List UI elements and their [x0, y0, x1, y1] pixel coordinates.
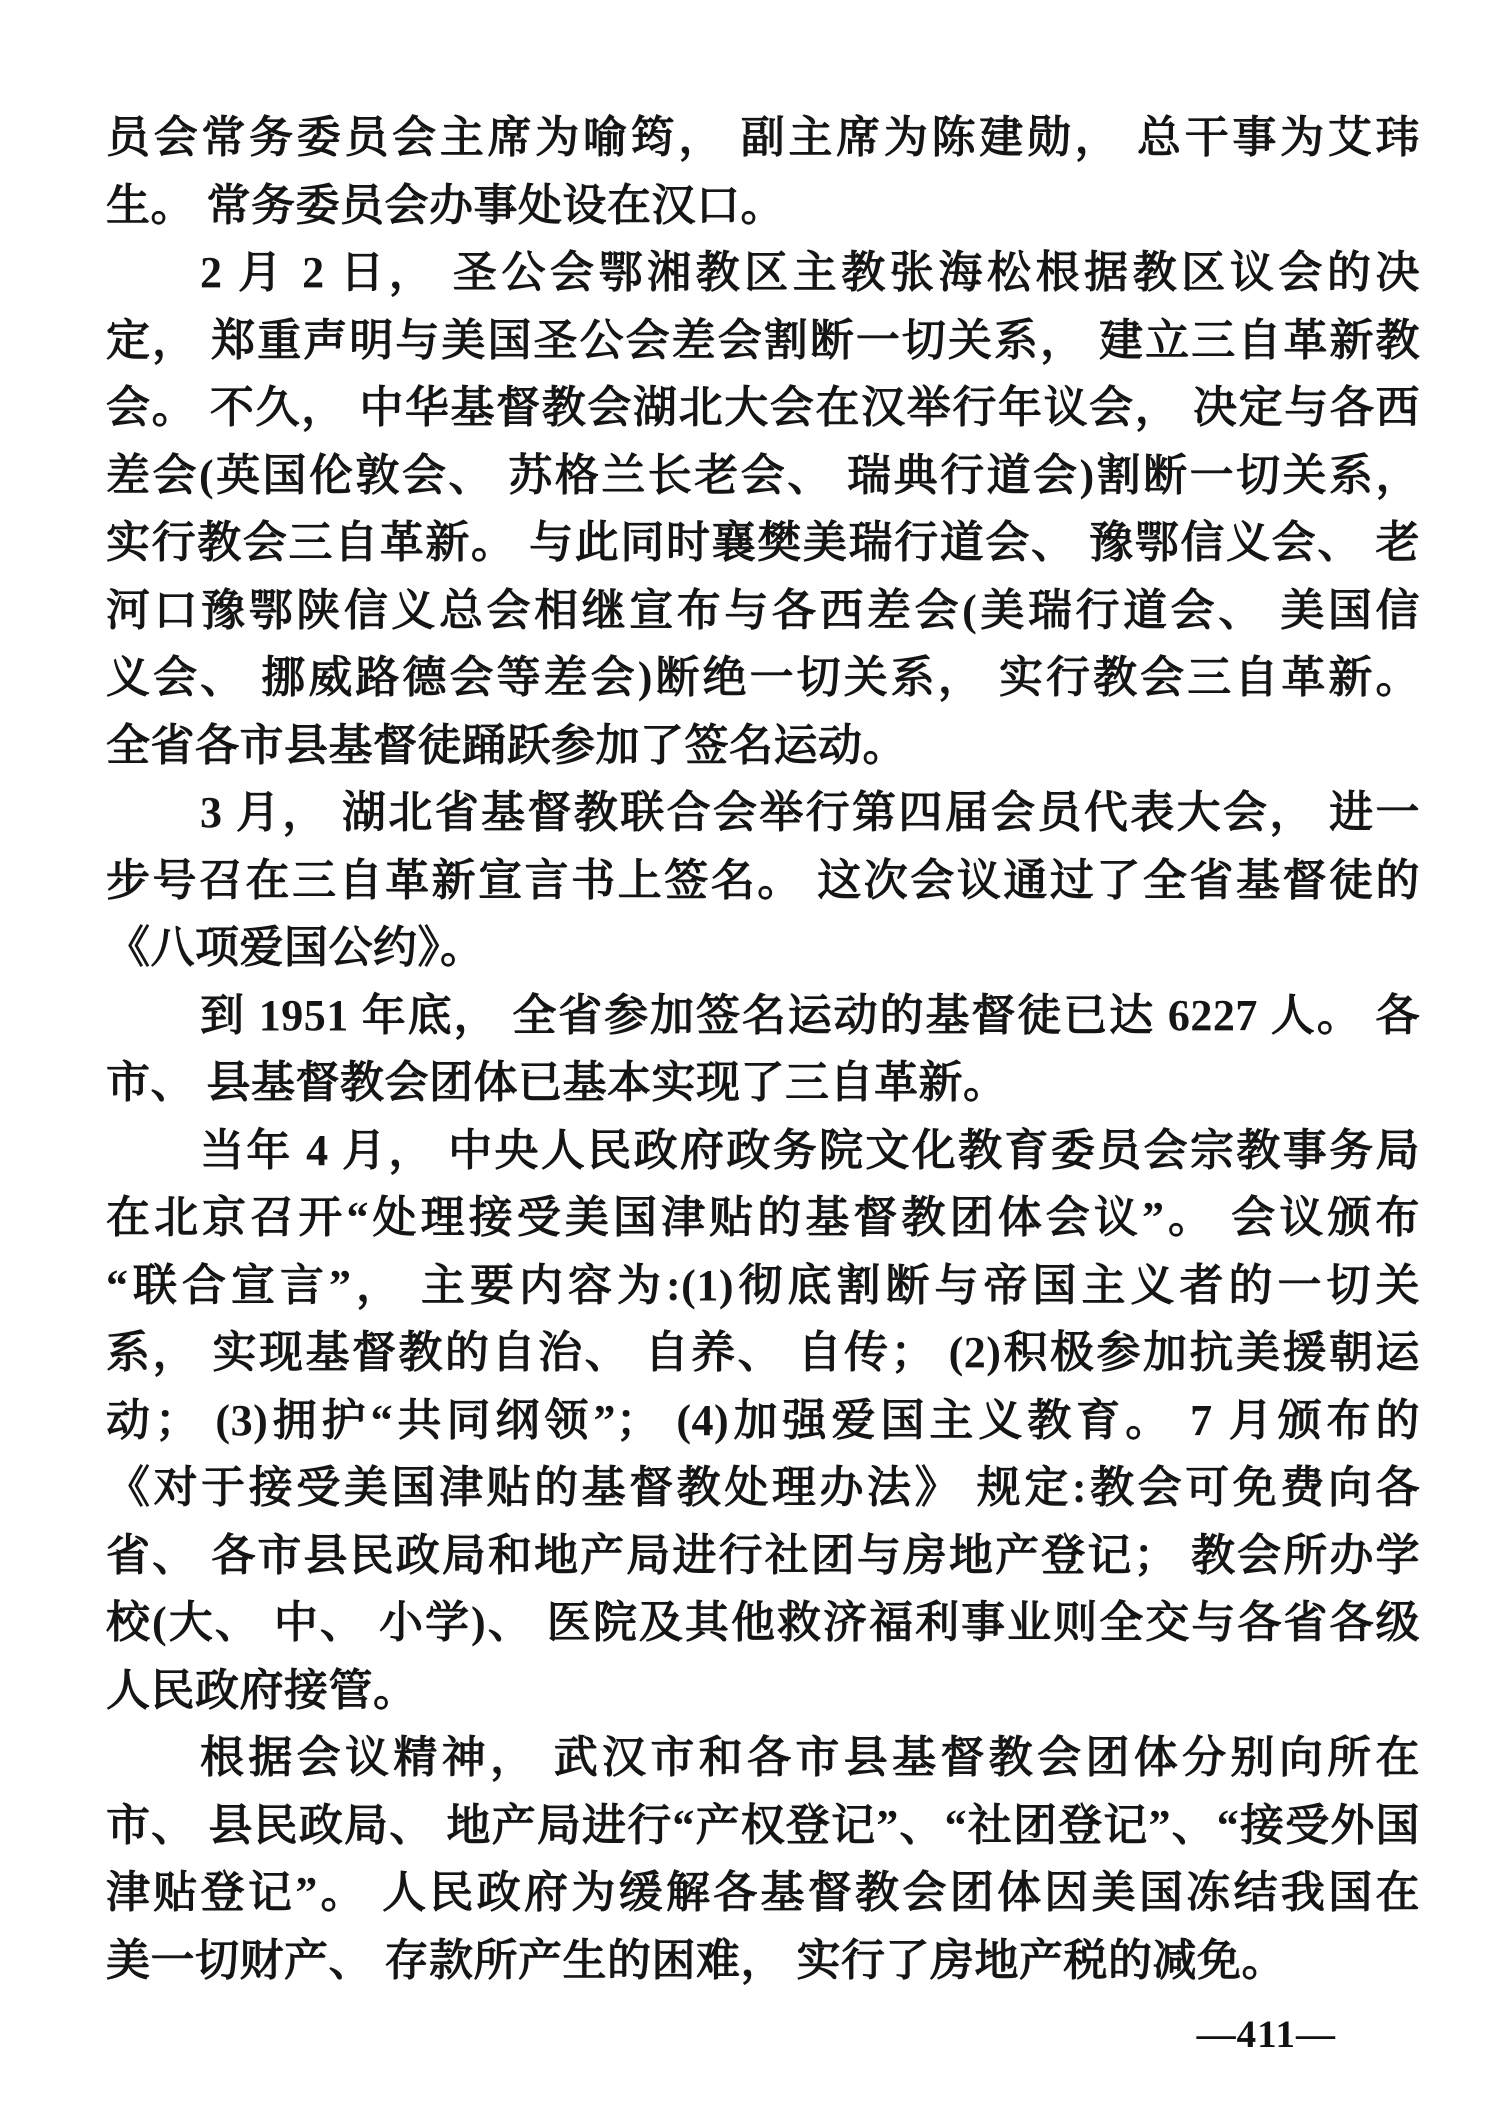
text-line: 差会(英国伦敦会、 苏格兰长老会、 瑞典行道会)割断一切关系，	[106, 442, 1420, 510]
text-line: 省、 各市县民政局和地产局进行社团与房地产登记； 教会所办学	[106, 1522, 1420, 1590]
text-line: 动； (3)拥护“共同纲领”； (4)加强爱国主义教育。 7 月颁布的	[106, 1387, 1420, 1455]
text-column: 员会常务委员会主席为喻筠， 副主席为陈建勋， 总干事为艾玮 生。 常务委员会办事…	[106, 104, 1420, 1994]
text-line: 实行教会三自革新。 与此同时襄樊美瑞行道会、 豫鄂信义会、 老	[106, 509, 1420, 577]
text-line: 根据会议精神， 武汉市和各市县基督教会团体分别向所在	[106, 1724, 1420, 1792]
text-line: 市、 县基督教会团体已基本实现了三自革新。	[106, 1049, 1420, 1117]
text-line: 定， 郑重声明与美国圣公会差会割断一切关系， 建立三自革新教	[106, 307, 1420, 375]
text-line: 义会、 挪威路德会等差会)断绝一切关系， 实行教会三自革新。	[106, 644, 1420, 712]
text-line: 市、 县民政局、 地产局进行“产权登记”、“社团登记”、“接受外国	[106, 1792, 1420, 1860]
text-line: 河口豫鄂陕信义总会相继宣布与各西差会(美瑞行道会、 美国信	[106, 577, 1420, 645]
page-number: —411—	[1197, 2012, 1336, 2058]
text-line: 《对于接受美国津贴的基督教处理办法》 规定:教会可免费向各	[106, 1454, 1420, 1522]
document-page: 员会常务委员会主席为喻筠， 副主席为陈建勋， 总干事为艾玮 生。 常务委员会办事…	[0, 0, 1500, 2103]
text-line: 3 月， 湖北省基督教联合会举行第四届会员代表大会， 进一	[106, 779, 1420, 847]
text-line: 生。 常务委员会办事处设在汉口。	[106, 172, 1420, 240]
text-line: 美一切财产、 存款所产生的困难， 实行了房地产税的减免。	[106, 1927, 1420, 1995]
text-line: 员会常务委员会主席为喻筠， 副主席为陈建勋， 总干事为艾玮	[106, 104, 1420, 172]
text-line: 到 1951 年底， 全省参加签名运动的基督徒已达 6227 人。 各	[106, 982, 1420, 1050]
text-line: 当年 4 月， 中央人民政府政务院文化教育委员会宗教事务局	[106, 1117, 1420, 1185]
text-line: “联合宣言”， 主要内容为:(1)彻底割断与帝国主义者的一切关	[106, 1252, 1420, 1320]
text-line: 会。 不久， 中华基督教会湖北大会在汉举行年议会， 决定与各西	[106, 374, 1420, 442]
text-line: 《八项爱国公约》。	[106, 914, 1420, 982]
text-line: 全省各市县基督徒踊跃参加了签名运动。	[106, 712, 1420, 780]
text-line: 2 月 2 日， 圣公会鄂湘教区主教张海松根据教区议会的决	[106, 239, 1420, 307]
text-line: 在北京召开“处理接受美国津贴的基督教团体会议”。 会议颁布	[106, 1184, 1420, 1252]
text-line: 津贴登记”。 人民政府为缓解各基督教会团体因美国冻结我国在	[106, 1859, 1420, 1927]
text-line: 校(大、 中、 小学)、 医院及其他救济福利事业则全交与各省各级	[106, 1589, 1420, 1657]
text-line: 步号召在三自革新宣言书上签名。 这次会议通过了全省基督徒的	[106, 847, 1420, 915]
text-line: 人民政府接管。	[106, 1657, 1420, 1725]
text-line: 系， 实现基督教的自治、 自养、 自传； (2)积极参加抗美援朝运	[106, 1319, 1420, 1387]
